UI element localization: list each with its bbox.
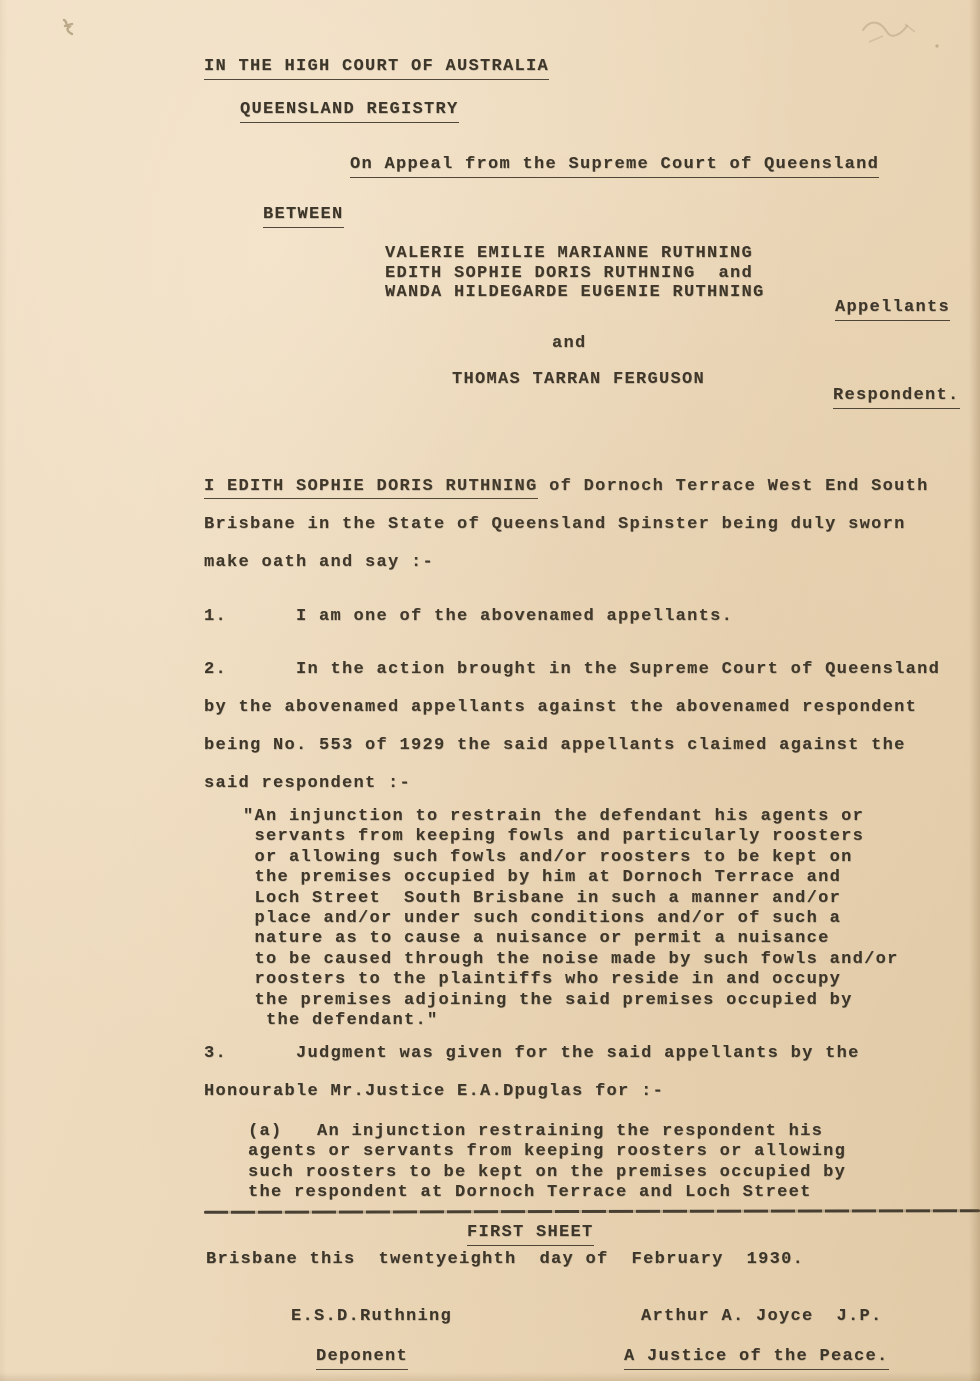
oath-paragraph: I EDITH SOPHIE DORIS RUTHNING of Dornoch… (204, 468, 929, 582)
appeal-line: On Appeal from the Supreme Court of Quee… (350, 155, 879, 178)
sheet-label: FIRST SHEET (467, 1223, 594, 1246)
deponent-signature: E.S.D.Ruthning (291, 1307, 452, 1327)
date-line: Brisbane this twentyeighth day of Februa… (206, 1250, 804, 1270)
deponent-label: Deponent (316, 1347, 408, 1370)
pencil-mark-top-left (52, 10, 88, 46)
court-title: IN THE HIGH COURT OF AUSTRALIA (204, 57, 549, 80)
claim-quote: "An injunction to restrain the defendant… (243, 807, 899, 1031)
respondent-name: THOMAS TARRAN FERGUSON (452, 370, 705, 390)
separator-rule (204, 1209, 980, 1213)
and-separator: and (552, 334, 587, 354)
paragraph-2: 2. In the action brought in the Supreme … (204, 651, 940, 803)
registry-title: QUEENSLAND REGISTRY (240, 100, 459, 123)
appellant-names: VALERIE EMILIE MARIANNE RUTHNING EDITH S… (385, 244, 765, 303)
witness-label: A Justice of the Peace. (624, 1347, 889, 1370)
paragraph-3: 3. Judgment was given for the said appel… (204, 1035, 860, 1111)
witness-signature: Arthur A. Joyce J.P. (641, 1307, 883, 1327)
document-page: IN THE HIGH COURT OF AUSTRALIA QUEENSLAN… (0, 0, 980, 1381)
between-label: BETWEEN (263, 205, 344, 228)
pencil-mark-top-right (845, 2, 955, 62)
judgment-item-a: (a) An injunction restraining the respon… (248, 1122, 846, 1204)
respondent-label: Respondent. (833, 386, 960, 409)
appellants-label: Appellants (835, 298, 950, 321)
oath-deponent-name: I EDITH SOPHIE DORIS RUTHNING (204, 477, 538, 499)
paragraph-1: 1. I am one of the abovenamed appellants… (204, 598, 733, 636)
